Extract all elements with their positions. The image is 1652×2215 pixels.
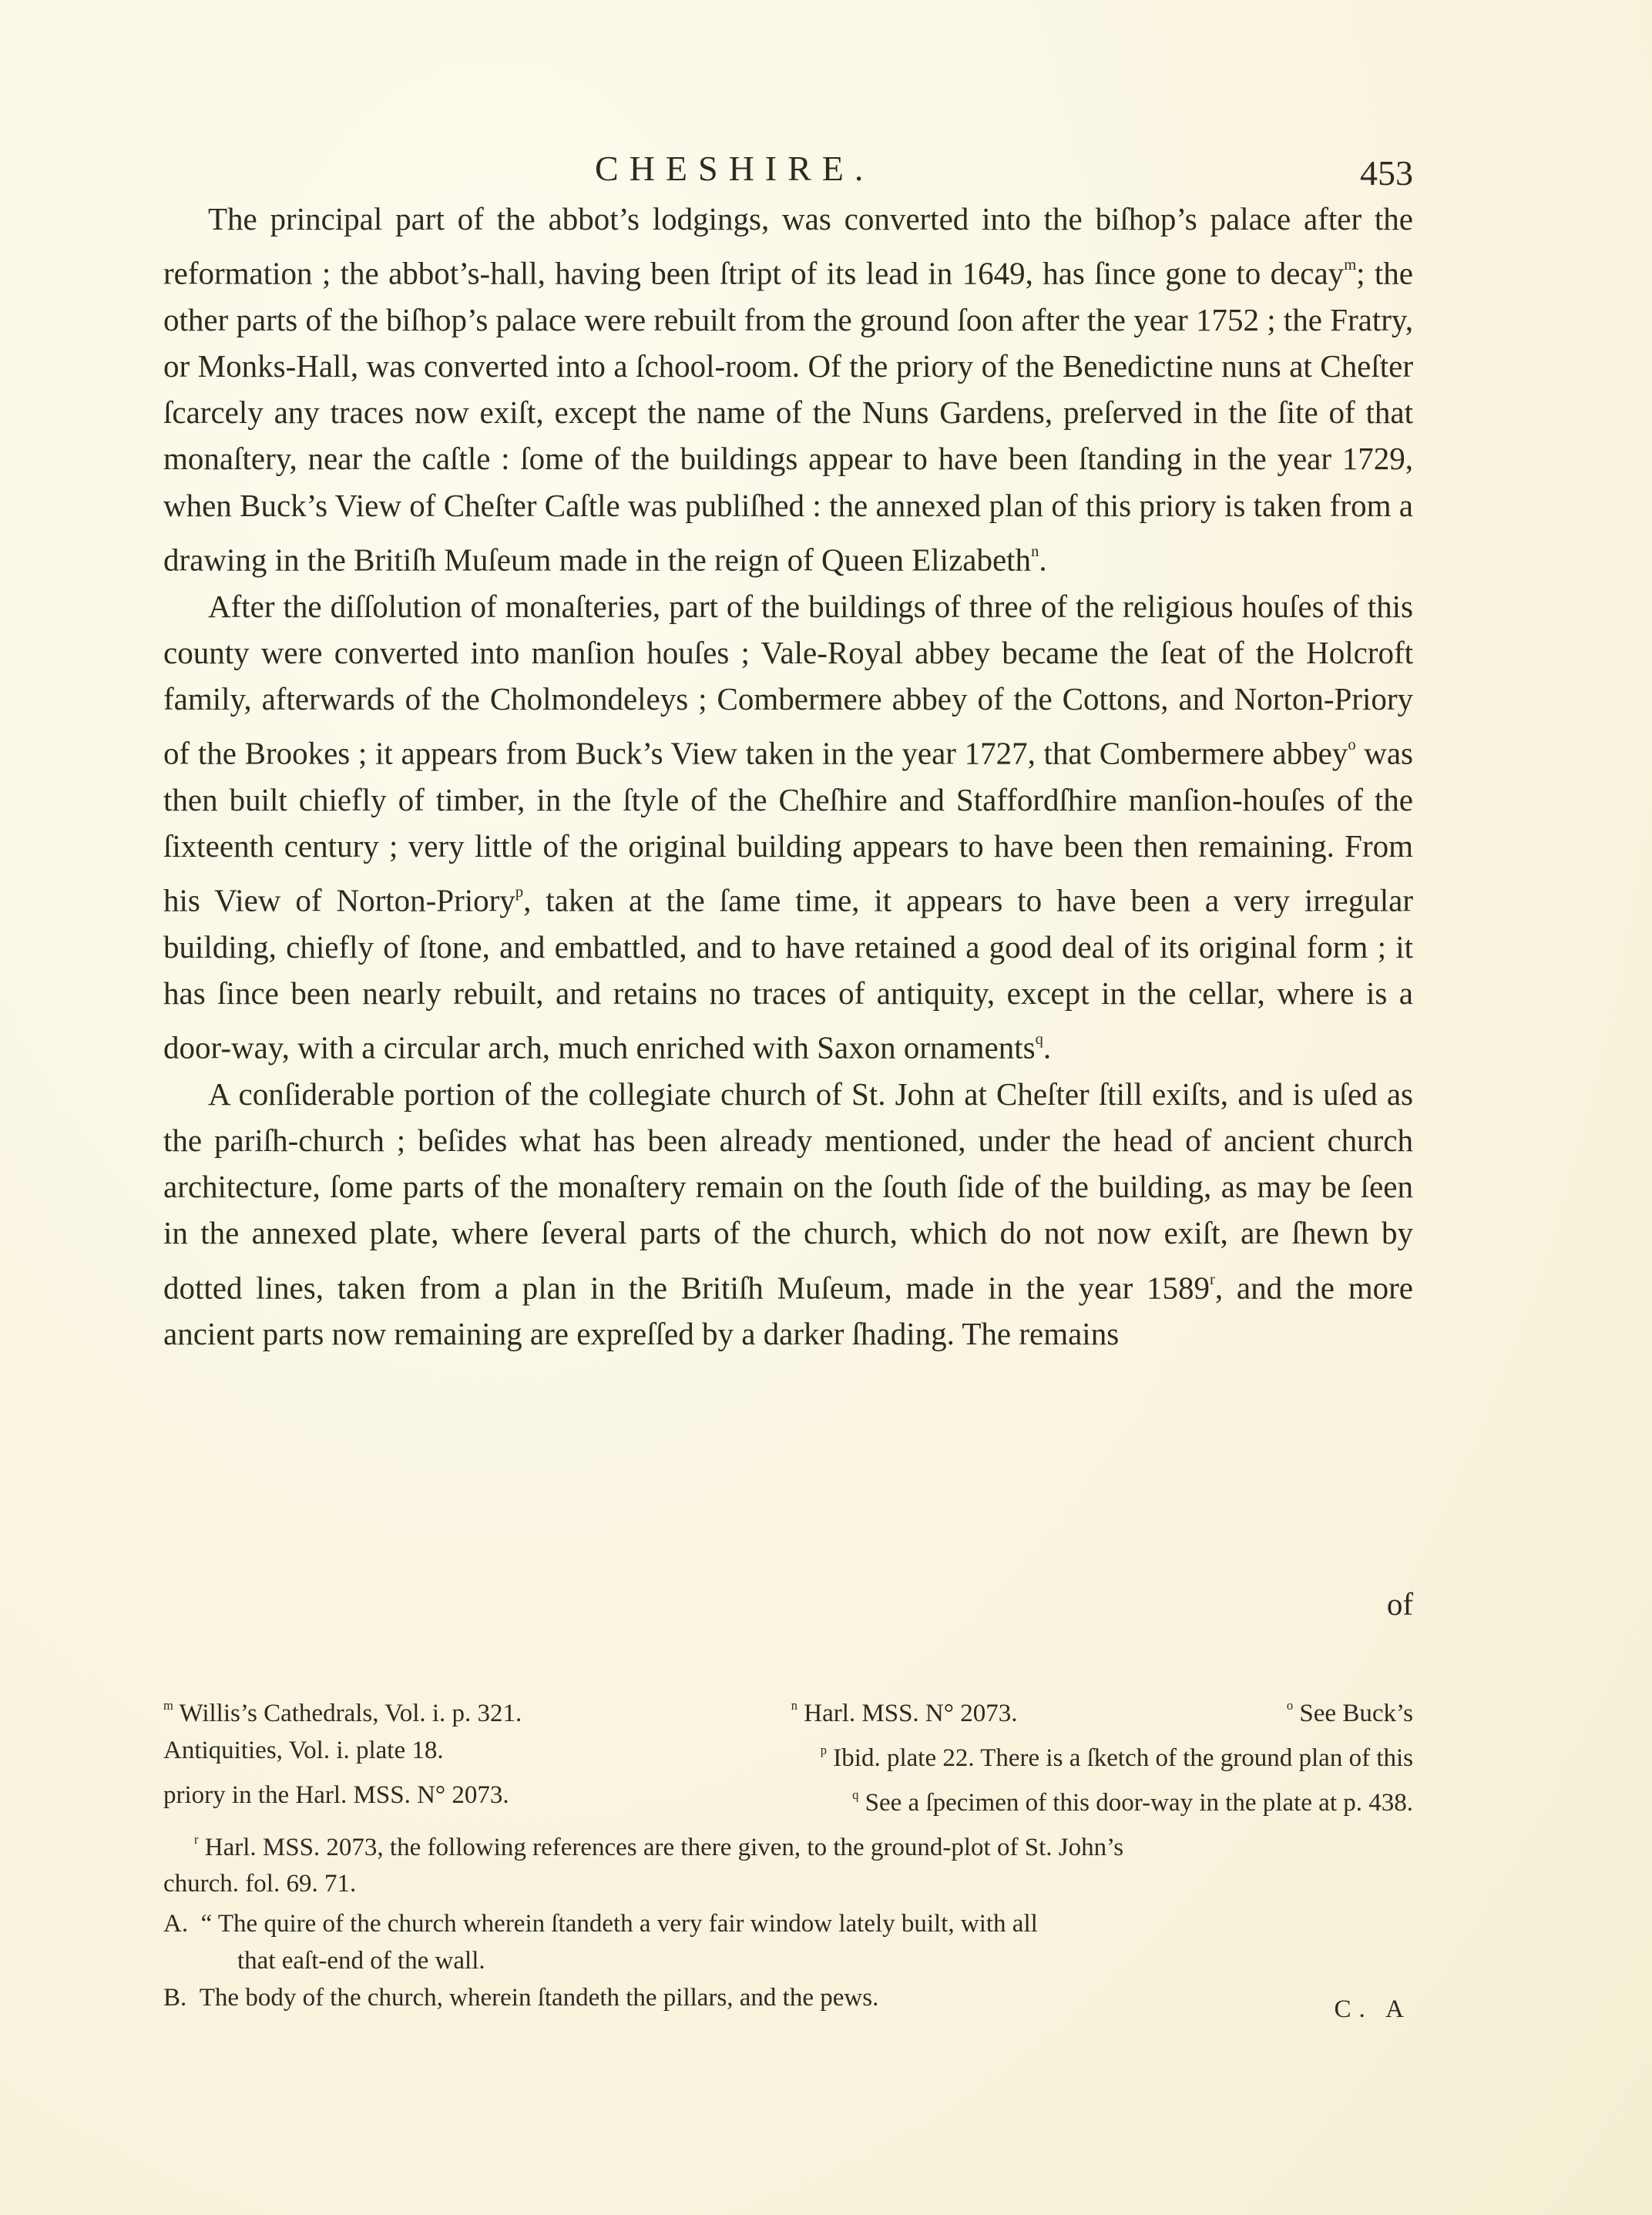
footnote-row-3: priory in the Harl. MSS. N° 2073. q See … bbox=[163, 1777, 1413, 1821]
footnote-ref-o[interactable]: o bbox=[1348, 737, 1355, 753]
footnote-n: n Harl. MSS. N° 2073. bbox=[791, 1687, 1018, 1732]
running-head: CHESHIRE. bbox=[595, 148, 874, 189]
reference-label-A: A. bbox=[163, 1910, 188, 1938]
footnote-mark: p bbox=[821, 1743, 827, 1757]
paragraph-3: A conſiderable portion of the collegiate… bbox=[163, 1071, 1413, 1358]
footnote-ref-r[interactable]: r bbox=[1210, 1271, 1215, 1288]
footnote-mark: m bbox=[163, 1698, 173, 1713]
signature-mark: C. A bbox=[1334, 1995, 1412, 2024]
footnote-ref-B: B. The body of the church, wherein ſtand… bbox=[163, 1979, 1413, 2016]
footnote-ref-p[interactable]: p bbox=[515, 884, 523, 901]
paragraph-1: The principal part of the abbot’s lodgin… bbox=[163, 196, 1413, 583]
paragraph-2: After the diſſolution of monaſteries, pa… bbox=[163, 583, 1413, 1071]
footnote-ref-n[interactable]: n bbox=[1031, 543, 1039, 560]
footnote-text: The body of the church, wherein ſtandeth… bbox=[200, 1984, 879, 2012]
footnote-A-continued: that eaſt-end of the wall. bbox=[163, 1942, 1413, 1979]
footnote-text: Harl. MSS. N° 2073. bbox=[804, 1700, 1017, 1727]
footnote-o-continued: Antiquities, Vol. i. plate 18. bbox=[163, 1732, 444, 1777]
footnote-text: Ibid. plate 22. There is a ſketch of the… bbox=[833, 1744, 1413, 1772]
footnote-o: o See Buck’s bbox=[1287, 1687, 1413, 1732]
footnote-text: See Buck’s bbox=[1299, 1700, 1413, 1727]
footnotes: m Willis’s Cathedrals, Vol. i. p. 321. n… bbox=[163, 1687, 1413, 2016]
page-number: 453 bbox=[1360, 153, 1413, 193]
footnote-p-continued: priory in the Harl. MSS. N° 2073. bbox=[163, 1777, 509, 1821]
paragraph-text: . bbox=[1043, 1030, 1051, 1066]
footnote-row-2: Antiquities, Vol. i. plate 18. p Ibid. p… bbox=[163, 1732, 1413, 1777]
footnote-mark: q bbox=[852, 1787, 858, 1802]
page-header: CHESHIRE. 453 bbox=[163, 148, 1413, 202]
paragraph-text: . bbox=[1039, 542, 1046, 577]
footnote-text: Harl. MSS. 2073, the following reference… bbox=[205, 1833, 1123, 1861]
footnote-r: r Harl. MSS. 2073, the following referen… bbox=[163, 1821, 1413, 1866]
paragraph-text: After the diſſolution of monaſteries, pa… bbox=[163, 589, 1413, 771]
footnote-ref-A: A. “ The quire of the church wherein ſta… bbox=[163, 1905, 1413, 1942]
reference-label-B: B. bbox=[163, 1984, 186, 2012]
footnote-ref-q[interactable]: q bbox=[1036, 1031, 1043, 1048]
footnote-text: Willis’s Cathedrals, Vol. i. p. 321. bbox=[180, 1700, 522, 1727]
footnote-ref-m[interactable]: m bbox=[1344, 257, 1356, 274]
footnote-mark: r bbox=[194, 1832, 199, 1847]
body-text: The principal part of the abbot’s lodgin… bbox=[163, 196, 1413, 1358]
footnote-r-continued: church. fol. 69. 71. bbox=[163, 1865, 1413, 1902]
footnote-mark: n bbox=[791, 1698, 797, 1713]
paragraph-text: The principal part of the abbot’s lodgin… bbox=[163, 201, 1413, 291]
footnote-mark: o bbox=[1287, 1698, 1293, 1713]
catchword: of bbox=[1387, 1586, 1413, 1623]
footnote-m: m Willis’s Cathedrals, Vol. i. p. 321. bbox=[163, 1687, 522, 1732]
footnote-q: q See a ſpecimen of this door-way in the… bbox=[852, 1777, 1413, 1821]
footnote-p: p Ibid. plate 22. There is a ſketch of t… bbox=[821, 1732, 1413, 1777]
footnote-text: See a ſpecimen of this door-way in the p… bbox=[865, 1789, 1413, 1817]
paragraph-text: ; the other parts of the biſhop’s palace… bbox=[163, 256, 1413, 578]
footnote-row-1: m Willis’s Cathedrals, Vol. i. p. 321. n… bbox=[163, 1687, 1413, 1732]
footnote-text: “ The quire of the church wherein ſtande… bbox=[201, 1910, 1038, 1938]
